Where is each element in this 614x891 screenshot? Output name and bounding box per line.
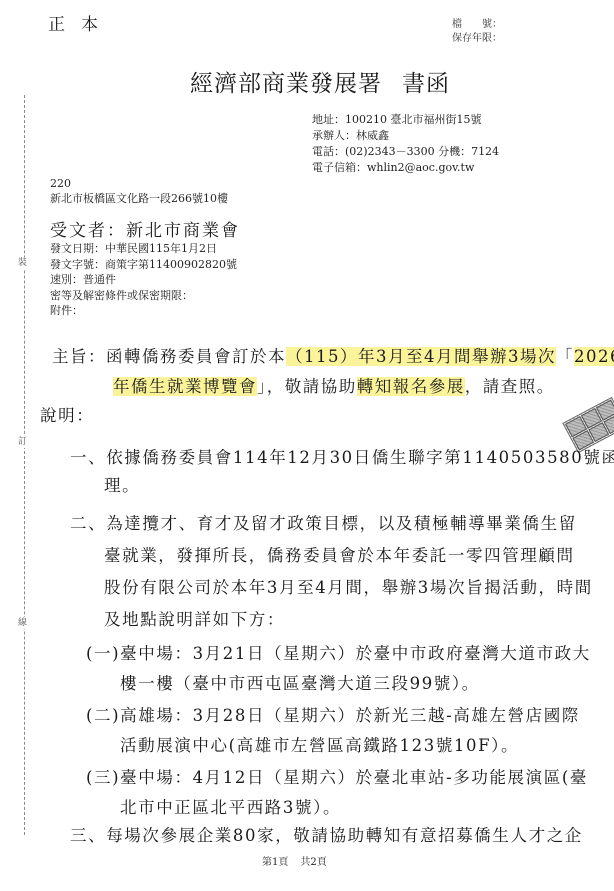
item-1-line-2: 理。	[104, 472, 140, 496]
session-1-line-2: 樓一樓（臺中市西屯區臺灣大道三段99號）。	[120, 670, 480, 694]
sender-phone: 電話：(02)2343－3300 分機：7124	[312, 144, 499, 160]
recipient-postal-code: 220	[50, 176, 228, 191]
classification: 密等及解密條件或保密期限：	[50, 288, 237, 304]
recipient-address-block: 220 新北市板橋區文化路一段266號10樓	[50, 176, 228, 206]
session-3-line-2: 北市中正區北平西路3號）。	[120, 794, 341, 818]
page-footer: 第1頁共2頁	[262, 853, 327, 868]
subject-line-1: 主旨：函轉僑務委員會訂於本（115）年3月至4月間舉辦3場次「2026	[52, 342, 614, 372]
file-number-label: 檔 號：	[452, 18, 502, 32]
subject-label: 主旨：	[52, 347, 106, 366]
file-meta: 檔 號： 保存年限：	[452, 18, 502, 46]
attachments: 附件：	[50, 303, 237, 319]
item-2-line-2: 臺就業，發揮所長，僑務委員會於本年委託一零四管理顧問	[104, 542, 575, 566]
document-type: 書函	[402, 71, 450, 97]
page-total: 共2頁	[300, 857, 326, 868]
item-2-line-3: 股份有限公司於本年3月至4月間，舉辦3場次旨揭活動，時間	[104, 574, 593, 598]
item-3-line-1: 三、每場次參展企業80家，敬請協助轉知有意招募僑生人才之企	[70, 822, 583, 846]
binding-dashed-line	[24, 95, 25, 835]
agency-name: 經濟部商業發展署	[190, 71, 382, 97]
binding-mark-ding: 訂	[18, 436, 27, 448]
highlighted-text: （115）年3月至4月間舉辦3場次	[286, 347, 556, 366]
highlighted-text: 年僑生就業博覽會	[113, 377, 257, 396]
item-1-line-1: 一、依據僑務委員會114年12月30日僑生聯字第1140503580號函辦	[70, 444, 614, 468]
contact-person: 承辦人：林威鑫	[312, 128, 499, 144]
document-meta: 發文日期：中華民國115年1月2日 發文字號：商策字第11400902820號 …	[50, 241, 237, 319]
session-1-line-1: (一)臺中場：3月21日（星期六）於臺中市政府臺灣大道市政大	[86, 640, 591, 664]
binding-mark-xian: 線	[18, 617, 27, 629]
subject-text: 「	[556, 347, 574, 366]
highlighted-text: 2026	[574, 347, 614, 366]
retention-label: 保存年限：	[452, 32, 502, 46]
highlighted-text: 轉知報名參展	[357, 377, 465, 396]
subject: 主旨：函轉僑務委員會訂於本（115）年3月至4月間舉辦3場次「2026 年僑生就…	[52, 342, 614, 402]
subject-line-2: 年僑生就業博覽會」，敬請協助轉知報名參展，請查照。	[52, 372, 614, 402]
session-3-line-1: (三)臺中場：4月12日（星期六）於臺北車站-多功能展演區(臺	[86, 764, 588, 788]
session-2-line-1: (二)高雄場：3月28日（星期六）於新光三越-高雄左營店國際	[86, 702, 580, 726]
recipient: 受文者：新北市商業會	[50, 216, 240, 241]
document-title: 經濟部商業發展署書函	[190, 65, 450, 98]
recipient-address: 新北市板橋區文化路一段266號10樓	[50, 191, 228, 206]
copy-mark: 正本	[48, 10, 114, 35]
sender-email: 電子信箱：whlin2@aoc.gov.tw	[312, 160, 499, 176]
document-number: 發文字號：商策字第11400902820號	[50, 257, 237, 273]
subject-text: 函轉僑務委員會訂於本	[106, 347, 286, 366]
explanation-label: 說明：	[40, 402, 94, 426]
item-2-line-4: 及地點說明詳如下方：	[104, 606, 285, 630]
binding-mark-zhuang: 裝	[18, 257, 27, 269]
urgency: 速別：普通件	[50, 272, 237, 288]
item-2-line-1: 二、為達攬才、育才及留才政策目標，以及積極輔導畢業僑生留	[70, 510, 577, 534]
sender-info: 地址：100210 臺北市福州街15號 承辦人：林威鑫 電話：(02)2343－…	[312, 112, 499, 176]
page-number: 第1頁	[262, 857, 288, 868]
subject-text: ，請查照。	[465, 377, 555, 396]
issue-date: 發文日期：中華民國115年1月2日	[50, 241, 237, 257]
session-2-line-2: 活動展演中心(高雄市左營區高鐵路123號10F）。	[120, 732, 519, 756]
sender-address: 地址：100210 臺北市福州街15號	[312, 112, 499, 128]
subject-text: 」，敬請協助	[257, 377, 357, 396]
